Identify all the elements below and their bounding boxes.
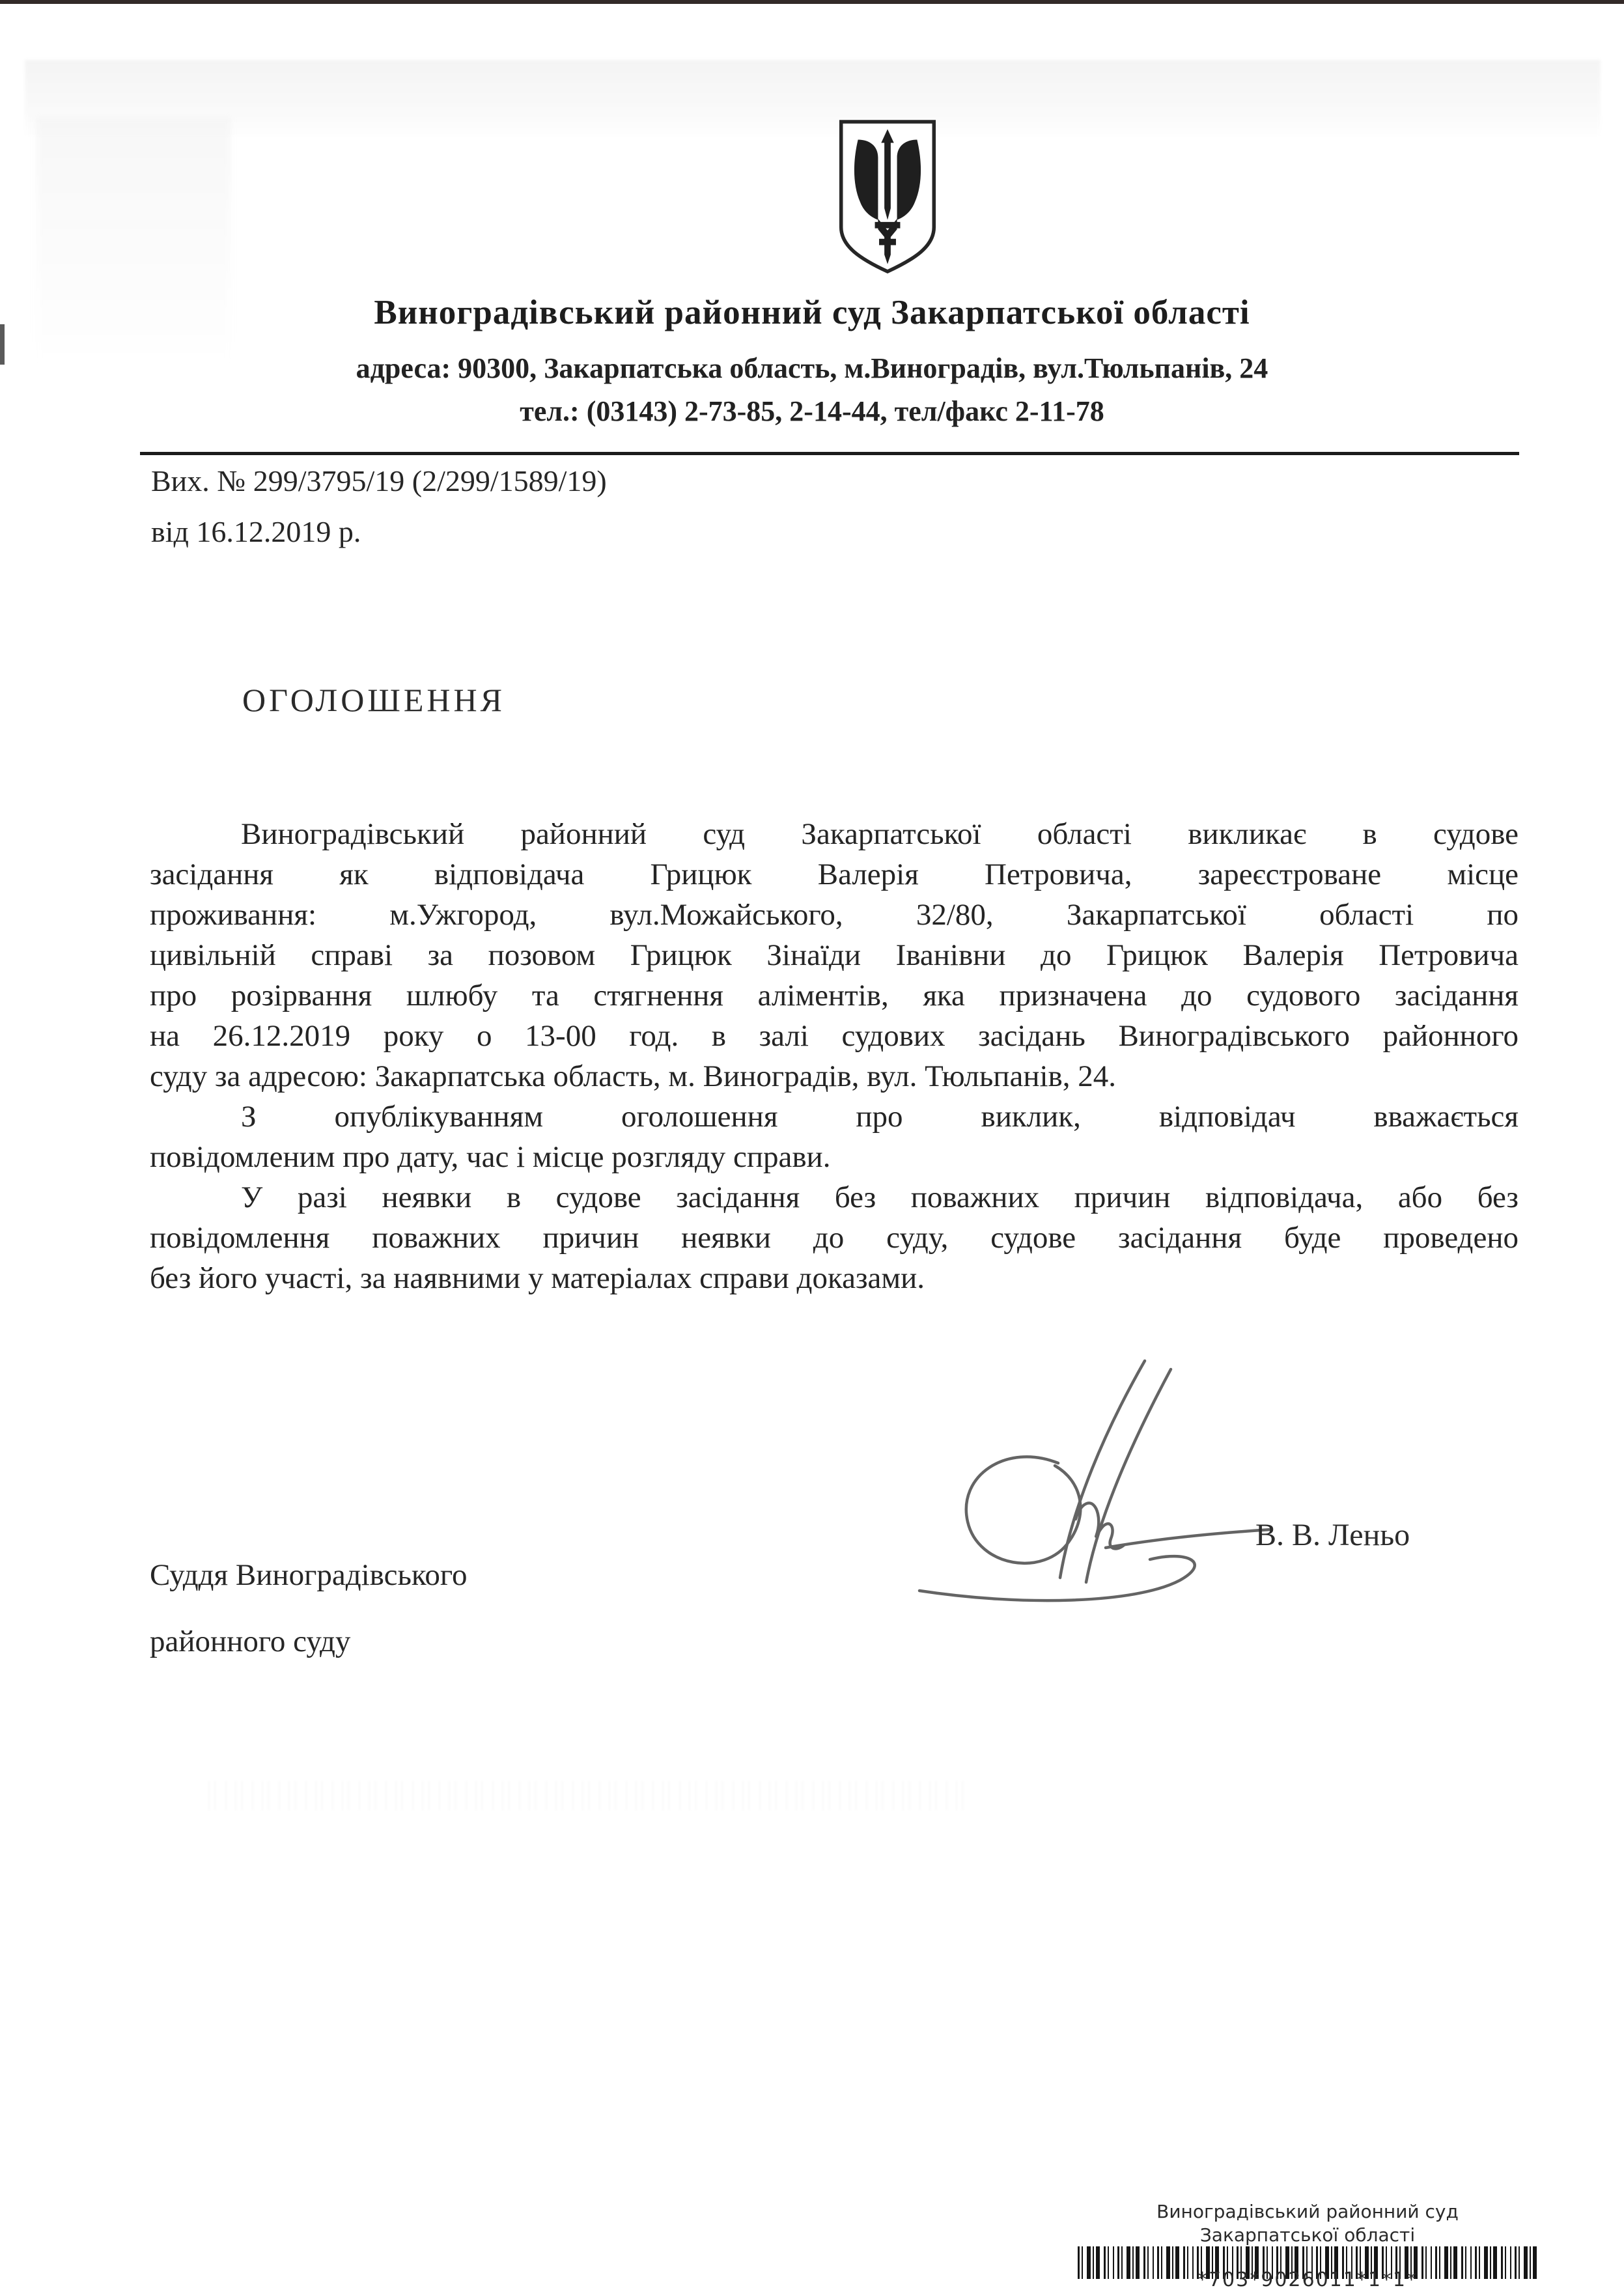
signature-role-line: районного суду (150, 1624, 350, 1659)
body-line: повідомлення поважних причин неявки до с… (150, 1218, 1519, 1258)
scanned-court-document: Виноградівський районний суд Закарпатськ… (0, 0, 1624, 2290)
announcement-title: ОГОЛОШЕННЯ (242, 681, 505, 719)
signature-role-line: Суддя Виноградівського (150, 1557, 467, 1593)
court-name: Виноградівський районний суд Закарпатськ… (0, 293, 1624, 332)
handwritten-signature (860, 1351, 1283, 1638)
body-line: засідання як відповідача Грицюк Валерія … (150, 854, 1519, 895)
judge-name: В. В. Леньо (1255, 1517, 1410, 1553)
barcode-value: *703*9026011*1*1* (1078, 2269, 1537, 2290)
scan-ghost-text-band (208, 1781, 964, 1811)
body-line: З опублікуванням оголошення про виклик, … (150, 1096, 1519, 1137)
body-line: на 26.12.2019 року о 13-00 год. в залі с… (150, 1016, 1519, 1056)
scan-artifact-top-edge (0, 0, 1624, 4)
court-phone: тел.: (03143) 2-73-85, 2-14-44, тел/факс… (0, 395, 1624, 428)
body-line: повідомленим про дату, час і місце розгл… (150, 1137, 1519, 1177)
ukraine-trident-coat-of-arms-icon (835, 116, 940, 277)
announcement-body: Виноградівський районний суд Закарпатськ… (150, 814, 1519, 1298)
body-line: суду за адресою: Закарпатська область, м… (150, 1056, 1519, 1096)
body-line: У разі неявки в судове засідання без пов… (150, 1177, 1519, 1218)
body-line: Виноградівський районний суд Закарпатськ… (150, 814, 1519, 854)
outgoing-ref-date: від 16.12.2019 р. (151, 514, 361, 549)
footer-court-name: Виноградівський районний суд (1078, 2201, 1537, 2222)
header-divider-rule (140, 452, 1519, 455)
body-line: без його участі, за наявними у матеріала… (150, 1258, 1519, 1298)
body-line: проживання: м.Ужгород, вул.Можайського, … (150, 895, 1519, 935)
body-line: про розірвання шлюбу та стягнення алімен… (150, 975, 1519, 1016)
body-line: цивільній справі за позовом Грицюк Зінаї… (150, 935, 1519, 975)
footer-court-region: Закарпатської області (1078, 2224, 1537, 2246)
outgoing-ref-number: Вих. № 299/3795/19 (2/299/1589/19) (151, 464, 607, 498)
scan-noise-band (25, 60, 1601, 138)
court-address: адреса: 90300, Закарпатська область, м.В… (0, 352, 1624, 385)
